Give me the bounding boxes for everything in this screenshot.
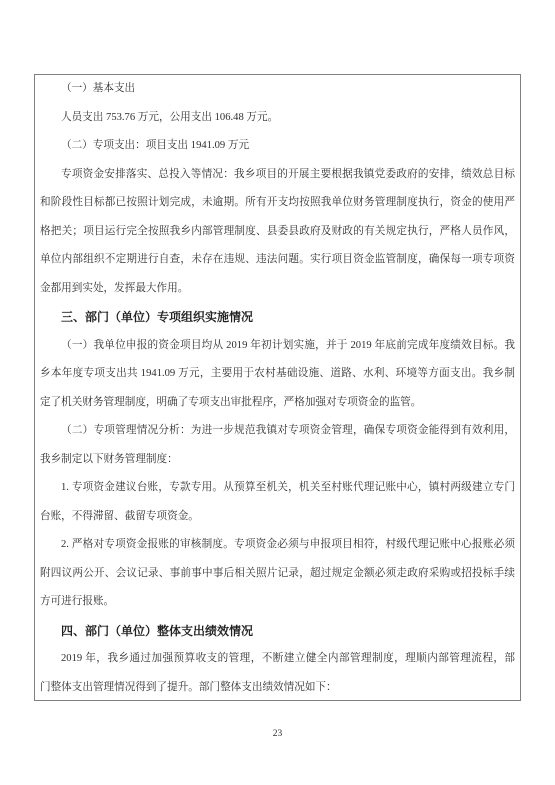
text-line: 人员支出 753.76 万元，公用支出 106.48 万元。 bbox=[40, 104, 515, 133]
section-heading: 三、部门（单位）专项组织实施情况 bbox=[40, 303, 515, 332]
text-line: 门整体支出管理情况得到了提升。部门整体支出绩效情况如下： bbox=[40, 674, 515, 703]
text-line: 单位内部组织不定期进行自查，未存在违规、违法问题。实行项目资金监管制度，确保每一… bbox=[40, 246, 515, 275]
text-line: 方可进行报账。 bbox=[40, 588, 515, 617]
text-line: 格把关；项目运行完全按照我乡内部管理制度、县委县政府及财政的有关规定执行，严格人… bbox=[40, 218, 515, 247]
page-number: 23 bbox=[0, 729, 555, 739]
document-body: （一）基本支出人员支出 753.76 万元，公用支出 106.48 万元。（二）… bbox=[40, 75, 515, 702]
text-line: 2. 严格对专项资金报账的审核制度。专项资金必须与申报项目相符，村级代理记账中心… bbox=[40, 531, 515, 560]
text-line: （一）基本支出 bbox=[40, 75, 515, 104]
text-line: （二）专项管理情况分析：为进一步规范我镇对专项资金管理，确保专项资金能得到有效利… bbox=[40, 417, 515, 446]
text-line: 附四议两公开、会议记录、事前事中事后相关照片记录，超过规定金额必须走政府采购或招… bbox=[40, 560, 515, 589]
text-line: 乡本年度专项支出共 1941.09 万元，主要用于农村基础设施、道路、水利、环境… bbox=[40, 360, 515, 389]
text-line: （二）专项支出：项目支出 1941.09 万元 bbox=[40, 132, 515, 161]
text-line: 金都用到实处，发挥最大作用。 bbox=[40, 275, 515, 304]
text-line: 定了机关财务管理制度，明确了专项支出审批程序，严格加强对专项资金的监管。 bbox=[40, 389, 515, 418]
text-line: 台账，不得滞留、截留专项资金。 bbox=[40, 503, 515, 532]
text-line: 2019 年，我乡通过加强预算收支的管理，不断建立健全内部管理制度，理顺内部管理… bbox=[40, 645, 515, 674]
text-line: 1. 专项资金建议台账，专款专用。从预算至机关，机关至村账代理记账中心，镇村两级… bbox=[40, 474, 515, 503]
text-line: 我乡制定以下财务管理制度： bbox=[40, 446, 515, 475]
text-line: 专项资金安排落实、总投入等情况：我乡项目的开展主要根据我镇党委政府的安排，绩效总… bbox=[40, 161, 515, 190]
text-line: 和阶段性目标都已按照计划完成，未逾期。所有开支均按照我单位财务管理制度执行，资金… bbox=[40, 189, 515, 218]
text-line: （一）我单位申报的资金项目均从 2019 年初计划实施，并于 2019 年底前完… bbox=[40, 332, 515, 361]
document-page: （一）基本支出人员支出 753.76 万元，公用支出 106.48 万元。（二）… bbox=[0, 0, 555, 785]
document-table-border: （一）基本支出人员支出 753.76 万元，公用支出 106.48 万元。（二）… bbox=[34, 74, 521, 701]
section-heading: 四、部门（单位）整体支出绩效情况 bbox=[40, 617, 515, 646]
